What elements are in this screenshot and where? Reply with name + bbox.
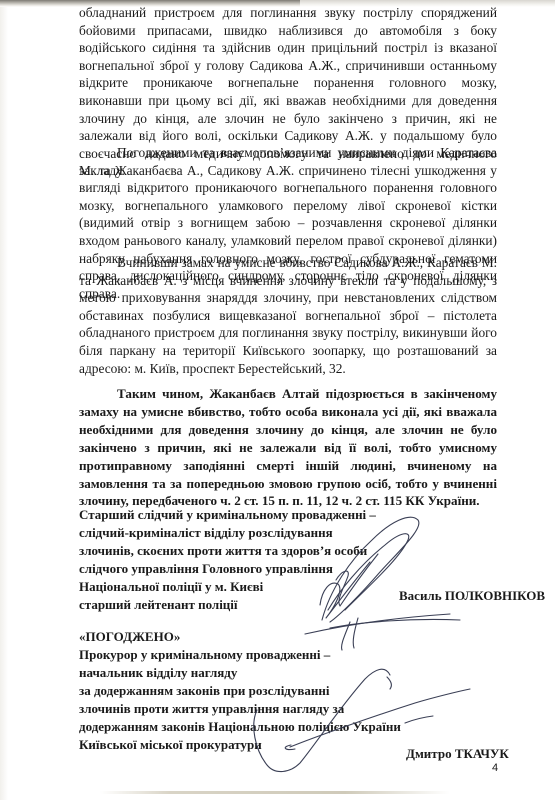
prosecutor-title-line: Київської міської прокуратури bbox=[79, 736, 379, 754]
investigator-title-line: слідчого управління Головного управління bbox=[79, 560, 379, 578]
prosecutor-title-line: злочинів проти життя управління нагляду … bbox=[79, 700, 379, 718]
prosecutor-title-line: додержанням законів Національною поліціє… bbox=[79, 718, 379, 736]
paragraph-suspicion-conclusion: Таким чином, Жаканбаєв Алтай підозрюєтьс… bbox=[79, 385, 497, 510]
investigator-title-line: старший лейтенант поліції bbox=[79, 596, 379, 614]
page-number: 4 bbox=[492, 762, 498, 774]
investigator-title-block: Старший слідчий у кримінальному провадже… bbox=[79, 506, 379, 614]
investigator-title-line: Старший слідчий у кримінальному провадже… bbox=[79, 506, 379, 524]
paragraph-weapon-disposal: Вчинивши замах на умисне вбивство Садико… bbox=[79, 254, 497, 377]
prosecutor-title-line: начальник відділу нагляду bbox=[79, 664, 379, 682]
approval-label: «ПОГОДЖЕНО» bbox=[79, 628, 379, 646]
investigator-title-line: Національної поліції у м. Києві bbox=[79, 578, 379, 596]
investigator-name: Василь ПОЛКОВНІКОВ bbox=[399, 588, 545, 604]
prosecutor-title-line: Прокурор у кримінальному провадженні – bbox=[79, 646, 379, 664]
prosecutor-title-line: за додержанням законів при розслідуванні bbox=[79, 682, 379, 700]
prosecutor-name: Дмитро ТКАЧУК bbox=[406, 746, 509, 762]
document-page: обладнаний пристроєм для поглинання звук… bbox=[0, 0, 555, 800]
investigator-title-line: злочинів, скоєних проти життя та здоров’… bbox=[79, 542, 379, 560]
prosecutor-approval-block: «ПОГОДЖЕНО» Прокурор у кримінальному про… bbox=[79, 628, 379, 754]
investigator-title-line: слідчий-криміналіст відділу розслідуванн… bbox=[79, 524, 379, 542]
